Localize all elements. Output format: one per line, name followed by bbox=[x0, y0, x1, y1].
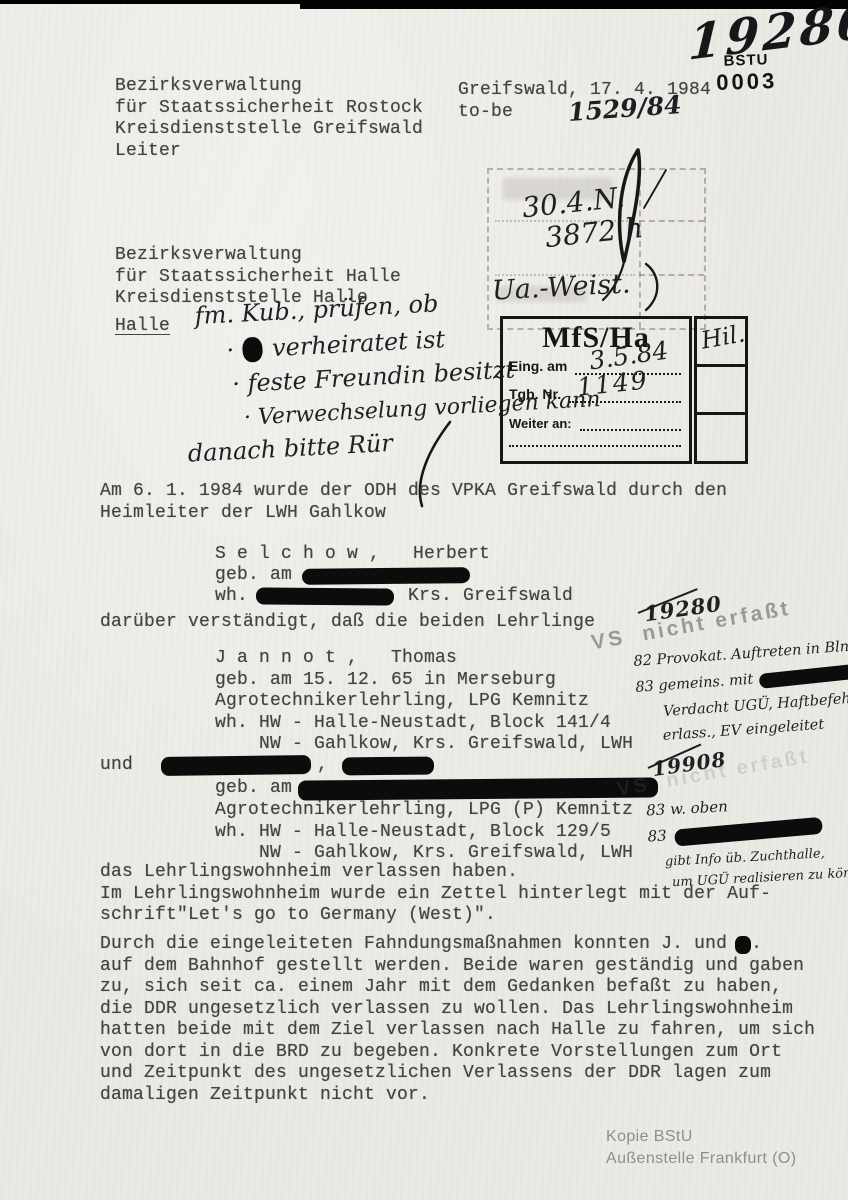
person1-name: S e l c h o w , Herbert bbox=[215, 544, 490, 566]
body-paragraph-4-line1: Durch die eingeleiteten Fahndungsmaßnahm… bbox=[100, 934, 762, 956]
margin-note-line: 82 Provokat. Auftreten in Bln. bbox=[633, 638, 848, 670]
scanned-document-page: 19280 BSTU 0003 Bezirksverwaltung für St… bbox=[0, 0, 848, 1200]
margin-note-text: 83 gemeins. mit bbox=[635, 672, 754, 696]
p4-line1-text: Durch die eingeleiteten Fahndungsmaßnahm… bbox=[100, 934, 727, 956]
mfs-weiter-row: Weiter an: bbox=[509, 415, 689, 431]
margin-note-line: 83 w. oben bbox=[646, 791, 848, 820]
bstu-stamp-line1: BSTU bbox=[715, 51, 777, 70]
mfs-tgb-label: Tgb. Nr. bbox=[509, 386, 561, 402]
margin-b-notes: 83 w. oben 83 gibt Info üb. Zuchthalle, … bbox=[646, 791, 848, 892]
p4-line1-period: . bbox=[751, 934, 762, 956]
person3-block: Agrotechnikerlehrling, LPG (P) Kemnitz w… bbox=[215, 800, 633, 865]
redaction-blob bbox=[735, 936, 751, 954]
body-paragraph-4-rest: auf dem Bahnhof gestellt werden. Beide w… bbox=[100, 956, 815, 1107]
note-text: verheiratet ist bbox=[271, 325, 445, 362]
margin-note-line: gibt Info üb. Zuchthalle, bbox=[665, 845, 848, 870]
bstu-stamp-line2: 0003 bbox=[716, 68, 778, 96]
und-label: und bbox=[100, 755, 133, 777]
person1-geb-row: geb. am bbox=[215, 565, 470, 587]
person3-geb-label: geb. am bbox=[215, 778, 292, 800]
person3-geb-row: geb. am bbox=[215, 778, 658, 800]
margin-note-line: 83 gemeins. mit bbox=[635, 664, 848, 696]
redaction-bar bbox=[759, 663, 848, 688]
mfs-side-cell bbox=[697, 367, 745, 415]
note-bullet: · bbox=[226, 336, 235, 364]
margin-note-line: 83 bbox=[647, 817, 848, 846]
mfs-receipt-stamp: MfS/Ha Eing. am 3.5.84 Tgb. Nr. 1149 Wei… bbox=[500, 316, 692, 464]
mfs-side-cell: Hil. bbox=[697, 319, 745, 367]
redaction-bar bbox=[302, 567, 470, 585]
redaction-bar bbox=[298, 777, 658, 800]
redaction-bar bbox=[256, 588, 394, 606]
mfs-side-cell bbox=[697, 415, 745, 461]
mfs-tgb-value: 1149 bbox=[576, 365, 650, 401]
redaction-bar bbox=[161, 755, 311, 776]
margin-a-notes: 82 Provokat. Auftreten in Bln. 83 gemein… bbox=[633, 638, 848, 745]
mfs-weiter-label: Weiter an: bbox=[509, 416, 572, 431]
person1-wh-label: wh. bbox=[215, 586, 248, 608]
mfs-eing-label: Eing. am bbox=[509, 358, 567, 374]
margin-note-line: erlass., EV eingeleitet bbox=[662, 714, 848, 744]
person1-wh-suffix: Krs. Greifswald bbox=[408, 586, 573, 608]
margin-note-text: 83 bbox=[647, 827, 667, 846]
bstu-page-stamp: BSTU 0003 bbox=[715, 51, 777, 96]
margin-note-line: Verdacht UGÜ, Haftbefehl bbox=[663, 690, 848, 720]
sender-address-block: Bezirksverwaltung für Staatssicherheit R… bbox=[115, 76, 423, 162]
body-paragraph-1: Am 6. 1. 1984 wurde der ODH des VPKA Gre… bbox=[100, 481, 727, 524]
person2-block: J a n n o t , Thomas geb. am 15. 12. 65 … bbox=[215, 648, 633, 756]
redaction-bar bbox=[674, 816, 823, 846]
person1-wh-row: wh. Krs. Greifswald bbox=[215, 586, 573, 608]
mfs-extra-rule bbox=[509, 443, 681, 447]
kopie-bstu-stamp: Kopie BStU Außenstelle Frankfurt (O) bbox=[606, 1126, 797, 1170]
mfs-stamp-side-box: Hil. bbox=[694, 316, 748, 464]
person1-geb-label: geb. am bbox=[215, 565, 292, 587]
redaction-blob bbox=[241, 336, 262, 362]
redaction-bar bbox=[342, 756, 434, 775]
mfs-initials: Hil. bbox=[699, 319, 747, 354]
recipient-city: Halle bbox=[115, 316, 170, 338]
mfs-tgb-row: Tgb. Nr. 1149 bbox=[509, 385, 689, 403]
body-paragraph-2: darüber verständigt, daß die beiden Lehr… bbox=[100, 612, 595, 634]
und-row: und , bbox=[100, 755, 434, 777]
und-comma: , bbox=[317, 755, 328, 777]
